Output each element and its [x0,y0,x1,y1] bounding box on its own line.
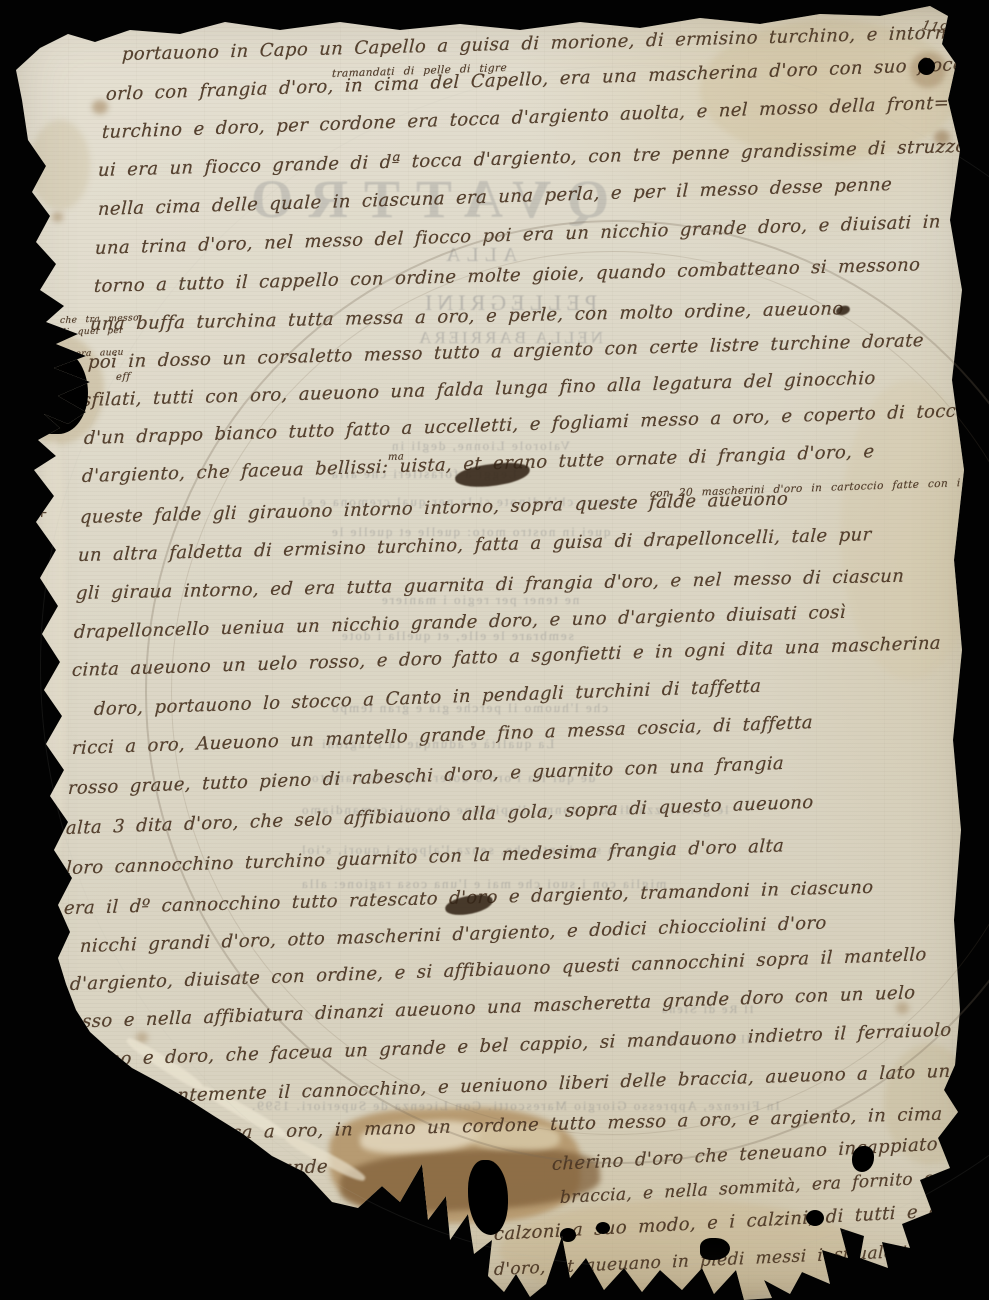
blind-stamp-arcs [0,0,989,1300]
blind-stamp-circle [40,65,989,1267]
photograph-background: QVATTROALLAPELLEGRININELLA BARRIERAValor… [0,0,989,1300]
blind-stamp-circle [171,251,989,1135]
blind-stamp-circle [145,220,989,1164]
